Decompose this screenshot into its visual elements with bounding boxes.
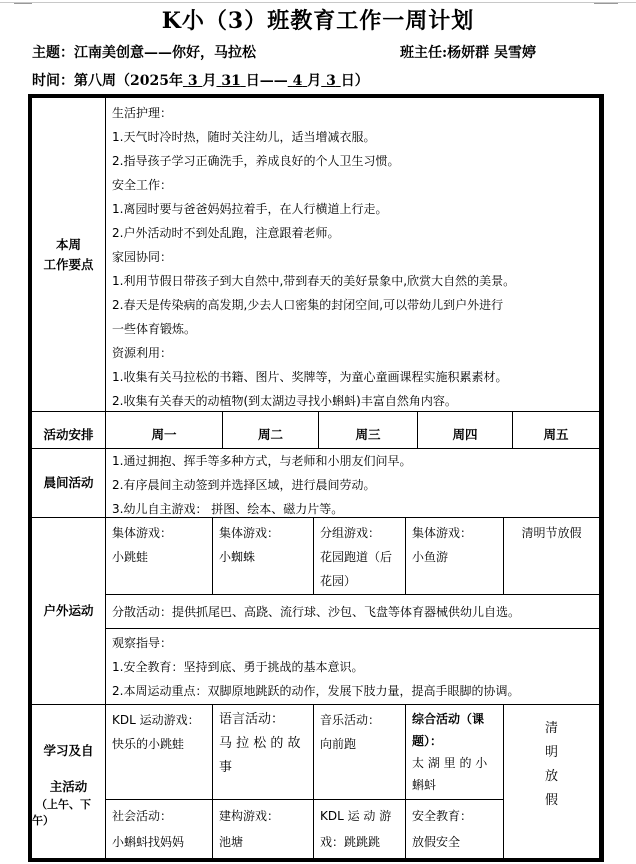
day-header-fri: 周五 [513,412,600,449]
morning-line: 1.通过拥抱、挥手等多种方式，与老师和小朋友们问早。 [112,449,599,473]
activity-line: 事 [219,756,313,780]
activity-line: 放假安全 [412,829,503,855]
document-title: K小（3）班教育工作一周计划 [0,4,636,35]
focus-line: 家园协同： [112,245,599,269]
time-line: 时间：第八周（2025年 3 月 31 日—— 4 月 3 日） [32,70,369,90]
focus-line: 安全工作： [112,173,599,197]
activity-line: 语言活动： [219,708,313,732]
learning-pm-thu: 安全教育： 放假安全 [406,800,504,859]
observation-line: 观察指导： [112,631,599,655]
holiday-char: 清 [545,717,558,741]
start-day: 31 [216,73,245,89]
activity-line: KDL 运 动 游 [320,803,405,829]
game-line: 小跳蛙 [112,545,212,569]
game-line: 集体游戏： [219,521,313,545]
focus-line: 1.天气时冷时热，随时关注幼儿，适当增减衣服。 [112,125,599,149]
game-line: 分组游戏： [320,521,405,545]
holiday-char: 明 [545,741,558,765]
morning-label: 晨间活动 [32,449,106,518]
week-focus-content: 生活护理： 1.天气时冷时热，随时关注幼儿，适当增减衣服。 2.指导孩子学习正确… [106,98,600,412]
morning-line: 3.幼儿自主游戏： 拼图、绘本、磁力片等。 [112,497,599,518]
end-char: 日） [341,73,369,89]
activity-title-line: 题）： [412,730,503,752]
holiday-char: 假 [545,789,558,813]
teacher-label: 班主任: [400,45,447,61]
month-char: 月 [307,73,321,89]
day-separator: 日—— [246,73,288,89]
focus-line: 2.户外活动时不到处乱跑，注意跟着老师。 [112,221,599,245]
focus-line: 1.离园时要与爸爸妈妈拉着手，在人行横道上行走。 [112,197,599,221]
game-line: 小蜘蛛 [219,545,313,569]
outdoor-free-play: 分散活动：提供抓尾巴、高跷、流行球、沙包、飞盘等体育器械供幼儿自选。 [106,595,600,629]
observation-line: 1.安全教育：坚持到底、勇于挑战的基本意识。 [112,655,599,679]
teacher-value: 杨妍群 吴雪婷 [447,45,536,61]
learning-label: 学习及自 主活动 （上午、下 午） [32,705,106,859]
day-header-mon: 周一 [106,412,223,449]
outdoor-game-tue: 集体游戏： 小蜘蛛 [213,518,314,595]
label-line: 主活动 [32,777,105,797]
activity-line: KDL 运动游戏： [112,708,212,732]
observation-line: 2.本周运动重点：双脚原地跳跃的动作，发展下肢力量，提高手眼脚的协调。 [112,679,599,703]
day-header-wed: 周三 [319,412,418,449]
label-line: 学习及自 [32,741,105,761]
theme-line: 主题：江南美创意——你好，马拉松 [32,42,256,62]
end-month: 4 [288,73,308,89]
activity-line: 音乐活动： [320,708,405,732]
label-line: 本周 [43,235,93,255]
game-line: 花园） [320,569,405,593]
activity-title-line: 综合活动（课 [412,708,503,730]
activity-line: 快乐的小跳蛙 [112,732,212,756]
end-day: 3 [321,73,341,89]
activity-line: 太 湖 里 的 小 [412,752,503,774]
time-label: 时间：第八周（2025年 [32,73,183,89]
outdoor-label: 户外运动 [32,518,106,705]
game-line: 小鱼游 [412,545,503,569]
focus-line: 2.春天是传染病的高发期,少去人口密集的封闭空间,可以带幼儿到户外进行 [112,293,599,317]
theme-value: 江南美创意——你好，马拉松 [74,45,256,61]
game-line: 集体游戏： [112,521,212,545]
holiday-char: 放 [545,765,558,789]
game-line: 花园跑道（后 [320,545,405,569]
activity-line: 建构游戏： [219,803,313,829]
teacher-line: 班主任:杨妍群 吴雪婷 [400,42,536,62]
focus-line: 生活护理： [112,101,599,125]
focus-line: 1.利用节假日带孩子到大自然中,带到春天的美好景象中,欣赏大自然的美景。 [112,269,599,293]
learning-am-wed: 音乐活动： 向前跑 [314,705,406,800]
focus-line: 一些体育锻炼。 [112,317,599,341]
start-month: 3 [183,73,203,89]
theme-label: 主题： [32,45,74,61]
page-top-rule [0,2,636,3]
activity-line: 戏：跳跳跳 [320,829,405,855]
activity-line: 池塘 [219,829,313,855]
morning-line: 2.有序晨间主动签到并选择区域，进行晨间劳动。 [112,473,599,497]
learning-pm-mon: 社会活动： 小蝌蚪找妈妈 [106,800,213,859]
morning-content: 1.通过拥抱、挥手等多种方式，与老师和小朋友们问早。 2.有序晨间主动签到并选择… [106,449,600,518]
focus-line: 2.收集有关春天的动植物(到太湖边寻找小蝌蚪)丰富自然角内容。 [112,389,599,412]
day-header-tue: 周二 [223,412,319,449]
learning-am-thu: 综合活动（课 题）： 太 湖 里 的 小 蝌蚪 [406,705,504,800]
week-focus-label: 本周 工作要点 [32,98,106,412]
day-header-thu: 周四 [418,412,513,449]
label-line: 午） [32,813,105,829]
outdoor-observation: 观察指导： 1.安全教育：坚持到底、勇于挑战的基本意识。 2.本周运动重点：双脚… [106,629,600,705]
activity-line: 小蝌蚪找妈妈 [112,829,212,855]
outdoor-game-mon: 集体游戏： 小跳蛙 [106,518,213,595]
game-line: 清明节放假 [504,521,599,545]
activity-line: 社会活动： [112,803,212,829]
focus-line: 资源利用： [112,341,599,365]
month-char: 月 [202,73,216,89]
activity-line: 蝌蚪 [412,774,503,796]
label-line: （上午、下 [32,797,105,813]
activity-line: 马 拉 松 的 故 [219,732,313,756]
learning-am-mon: KDL 运动游戏： 快乐的小跳蛙 [106,705,213,800]
outdoor-game-thu: 集体游戏： 小鱼游 [406,518,504,595]
focus-line: 1.收集有关马拉松的书籍、图片、奖牌等，为童心童画课程实施积累素材。 [112,365,599,389]
learning-am-tue: 语言活动： 马 拉 松 的 故 事 [213,705,314,800]
game-line: 集体游戏： [412,521,503,545]
outdoor-game-wed: 分组游戏： 花园跑道（后 花园） [314,518,406,595]
focus-line: 2.指导孩子学习正确洗手，养成良好的个人卫生习惯。 [112,149,599,173]
activity-line: 向前跑 [320,732,405,756]
learning-pm-tue: 建构游戏： 池塘 [213,800,314,859]
learning-pm-wed: KDL 运 动 游 戏：跳跳跳 [314,800,406,859]
activity-line: 安全教育： [412,803,503,829]
label-line: 工作要点 [43,255,93,275]
outdoor-game-fri: 清明节放假 [504,518,600,595]
schedule-header-label: 活动安排 [32,412,106,449]
learning-fri-holiday: 清 明 放 假 [504,705,600,859]
